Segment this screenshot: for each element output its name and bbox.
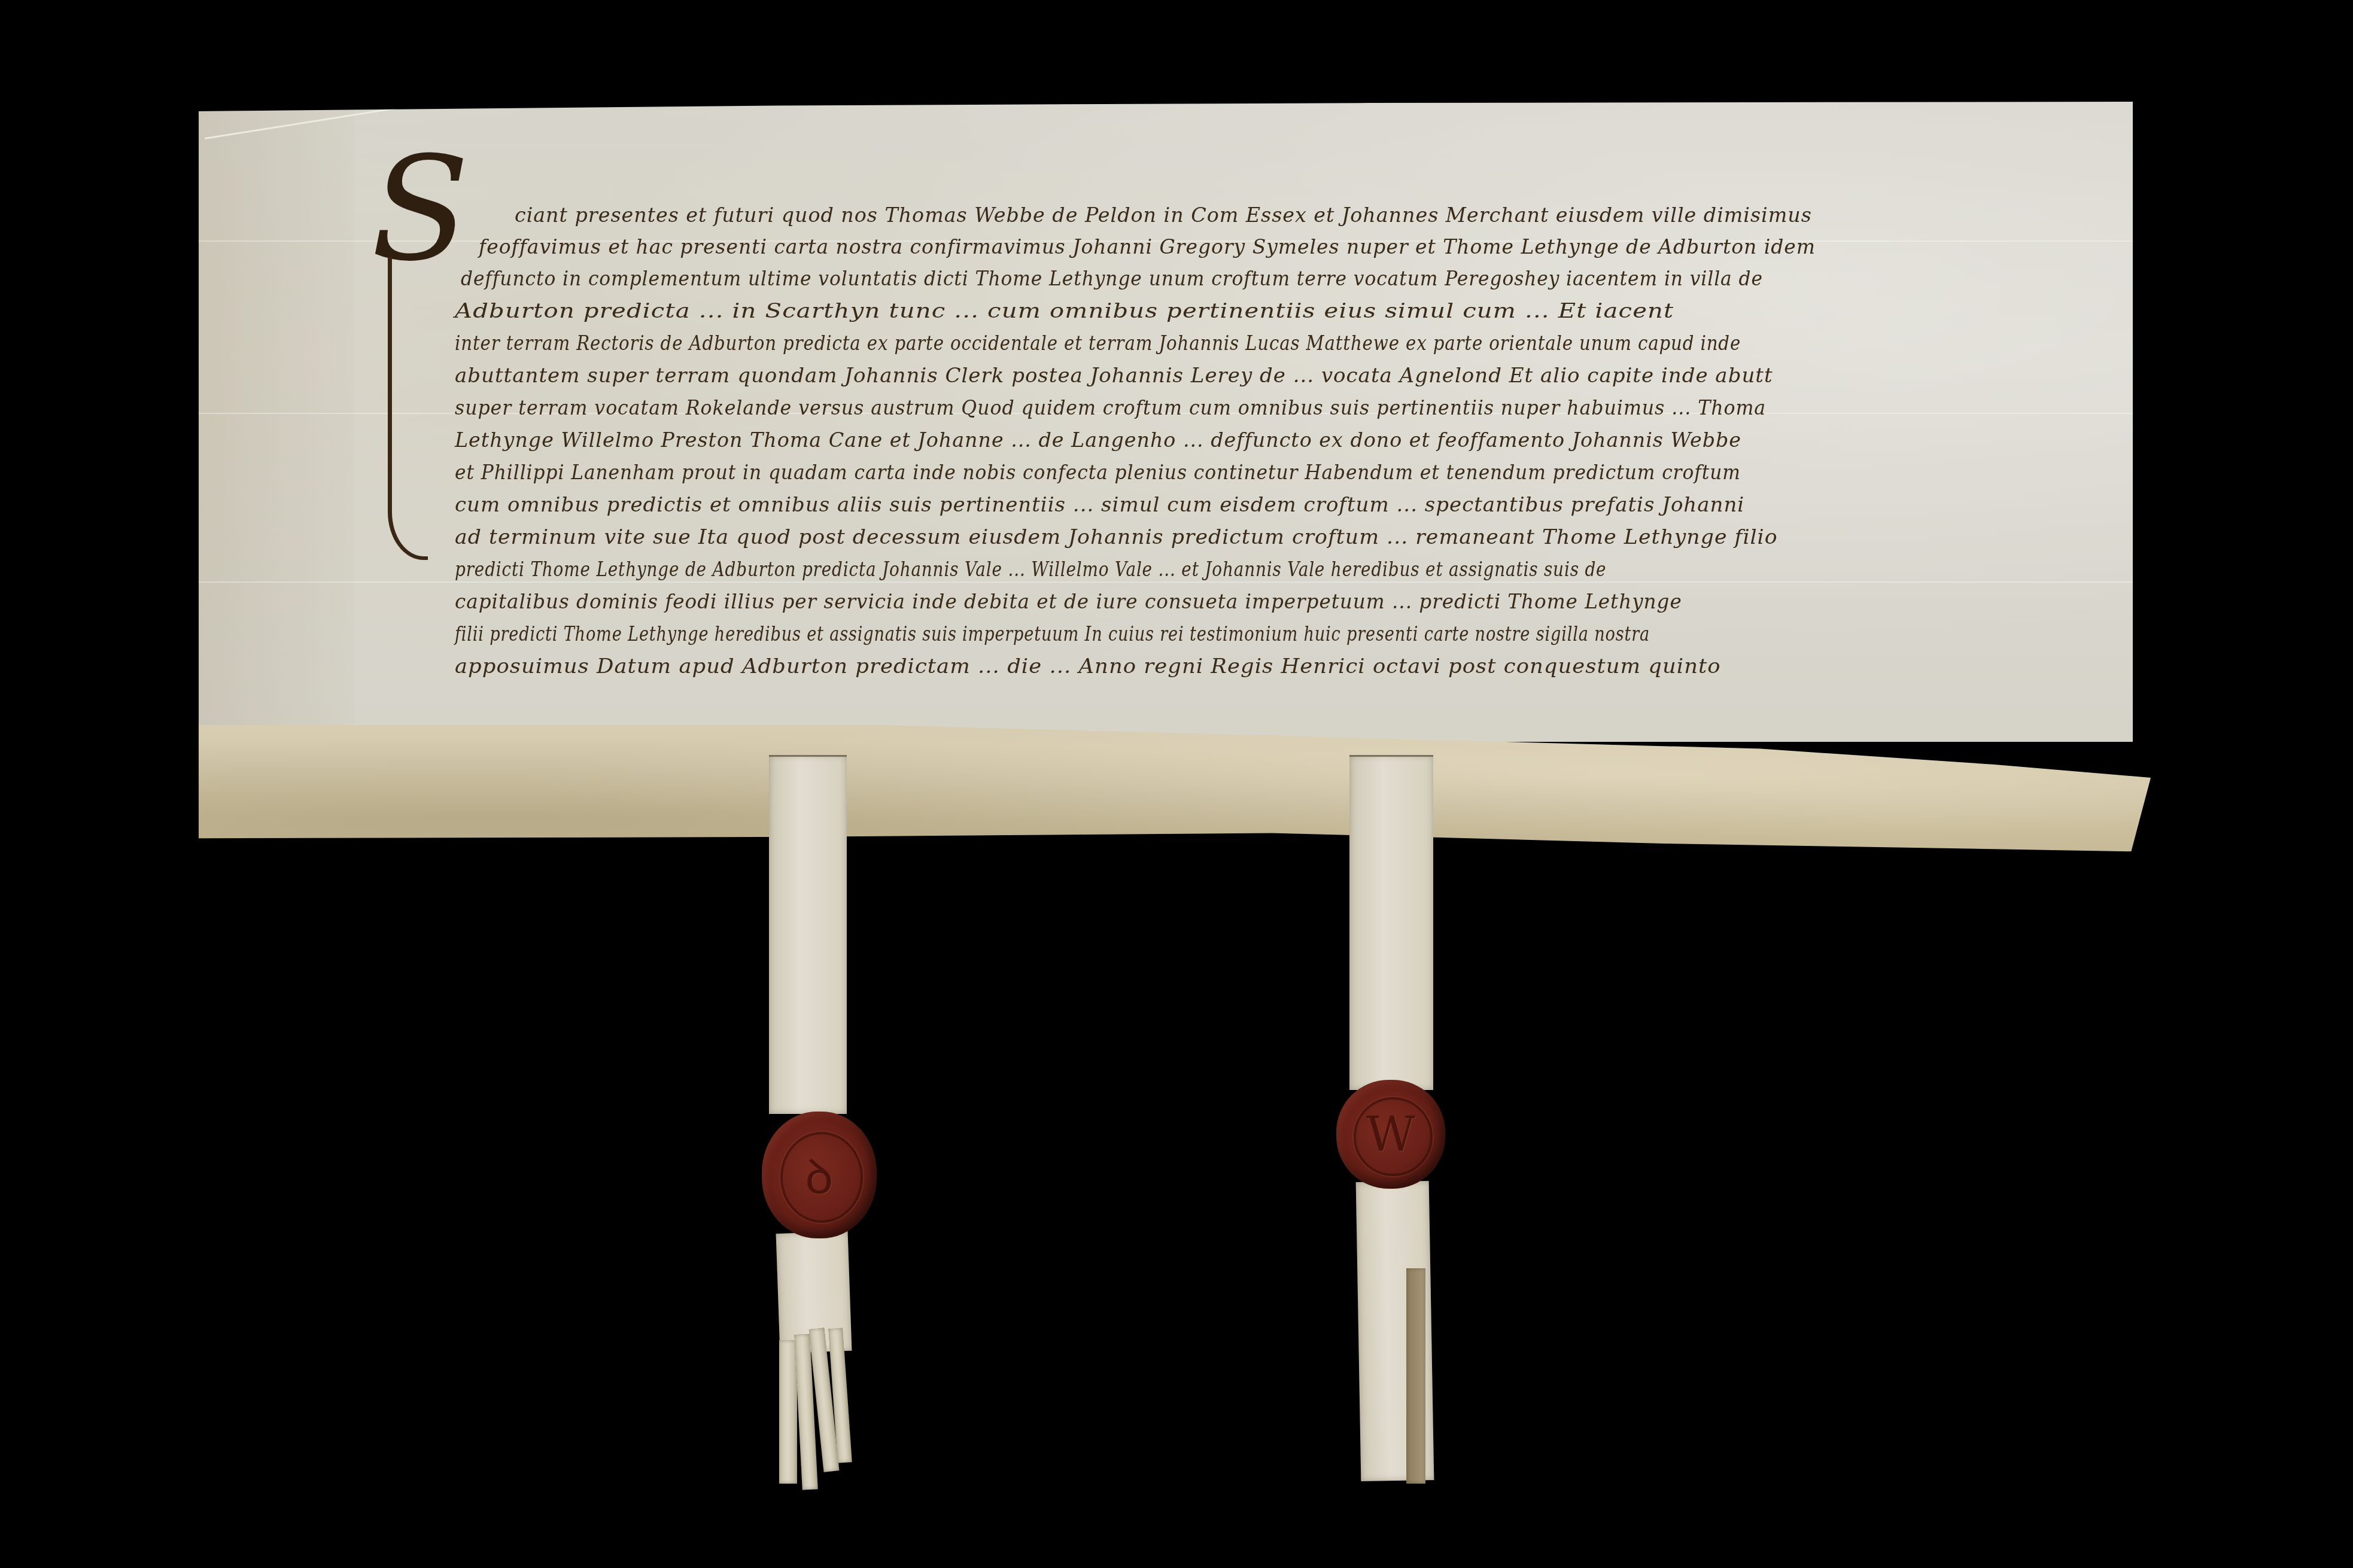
- wax-seal-left: ꝺ: [762, 1112, 877, 1238]
- parchment-fold-plica: [199, 725, 2151, 857]
- tag-underside: [1406, 1268, 1425, 1484]
- text-line: inter terram Rectoris de Adburton predic…: [455, 331, 1741, 355]
- text-line: cum omnibus predictis et omnibus aliis s…: [455, 493, 1744, 517]
- margin-stain: [199, 102, 354, 742]
- text-line: ad terminum vite sue Ita quod post deces…: [455, 525, 1778, 549]
- text-line: et Phillippi Lanenham prout in quadam ca…: [455, 461, 1741, 485]
- wax-seal-right: W: [1336, 1080, 1445, 1189]
- text-line: Adburton predicta ... in Scarthyn tunc .…: [455, 299, 1674, 323]
- fold-crease: [199, 581, 2133, 583]
- photograph-stage: S ciant presentes et futuri quod nos Tho…: [0, 0, 2353, 1568]
- text-line: capitalibus dominis feodi illius per ser…: [455, 590, 1682, 614]
- seal-tag-left: [769, 755, 847, 1114]
- text-line: feoffavimus et hac presenti carta nostra…: [479, 235, 1816, 259]
- tassel-strip: [779, 1340, 797, 1484]
- seal-tag-right: [1349, 755, 1433, 1090]
- text-line: predicti Thome Lethynge de Adburton pred…: [455, 558, 1606, 581]
- tag-slot: [1349, 755, 1433, 757]
- initial-flourish: [388, 257, 428, 560]
- text-line: super terram vocatam Rokelande versus au…: [455, 396, 1766, 420]
- text-line: abuttantem super terram quondam Johannis…: [455, 364, 1773, 388]
- seal-impression-icon: W: [1336, 1080, 1445, 1189]
- seal-impression-icon: ꝺ: [762, 1112, 877, 1238]
- text-line: Lethynge Willelmo Preston Thoma Cane et …: [455, 428, 1741, 452]
- tag-slot: [769, 755, 847, 757]
- text-line: filii predicti Thome Lethynge heredibus …: [455, 622, 1650, 646]
- text-line: ciant presentes et futuri quod nos Thoma…: [515, 203, 1812, 227]
- text-line: deffuncto in complementum ultime volunta…: [461, 267, 1763, 291]
- text-line: apposuimus Datum apud Adburton predictam…: [455, 654, 1721, 678]
